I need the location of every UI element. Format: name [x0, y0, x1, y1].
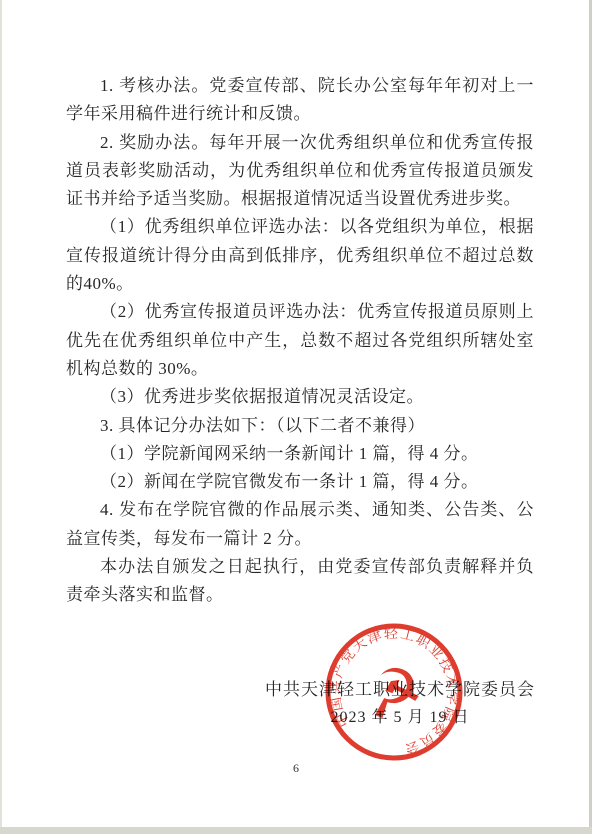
paragraph: （1）学院新闻网采纳一条新闻计 1 篇，得 4 分。	[66, 440, 534, 468]
signature-block: 中共天津轻工职业技术学院委员会 2023 年 5 月 19 日	[258, 676, 542, 732]
paragraph: 本办法自颁发之日起执行，由党委宣传部负责解释并负责牵头落实和监督。	[66, 553, 534, 610]
paragraph: 1. 考核办法。党委宣传部、院长办公室每年年初对上一学年采用稿件进行统计和反馈。	[66, 72, 534, 129]
document-page: 1. 考核办法。党委宣传部、院长办公室每年年初对上一学年采用稿件进行统计和反馈。…	[0, 0, 592, 834]
page-edge-left	[0, 0, 2, 834]
paragraph: 3. 具体记分办法如下：（以下二者不兼得）	[66, 412, 534, 440]
paragraph: （2）新闻在学院官微发布一条计 1 篇，得 4 分。	[66, 468, 534, 496]
signature-date: 2023 年 5 月 19 日	[258, 704, 542, 732]
document-body: 1. 考核办法。党委宣传部、院长办公室每年年初对上一学年采用稿件进行统计和反馈。…	[66, 72, 534, 610]
page-number: 6	[0, 761, 592, 776]
paragraph: （2）优秀宣传报道员评选办法：优秀宣传报道员原则上优先在优秀组织单位中产生，总数…	[66, 298, 534, 383]
signing-organization: 中共天津轻工职业技术学院委员会	[258, 676, 542, 704]
paragraph: （3）优秀进步奖依据报道情况灵活设定。	[66, 383, 534, 411]
paragraph: （1）优秀组织单位评选办法：以各党组织为单位，根据宣传报道统计得分由高到低排序，…	[66, 213, 534, 298]
page-edge-bottom	[0, 827, 592, 834]
paragraph: 4. 发布在学院官微的作品展示类、通知类、公告类、公益宣传类，每发布一篇计 2 …	[66, 496, 534, 553]
paragraph: 2. 奖励办法。每年开展一次优秀组织单位和优秀宣传报道员表彰奖励活动，为优秀组织…	[66, 129, 534, 214]
